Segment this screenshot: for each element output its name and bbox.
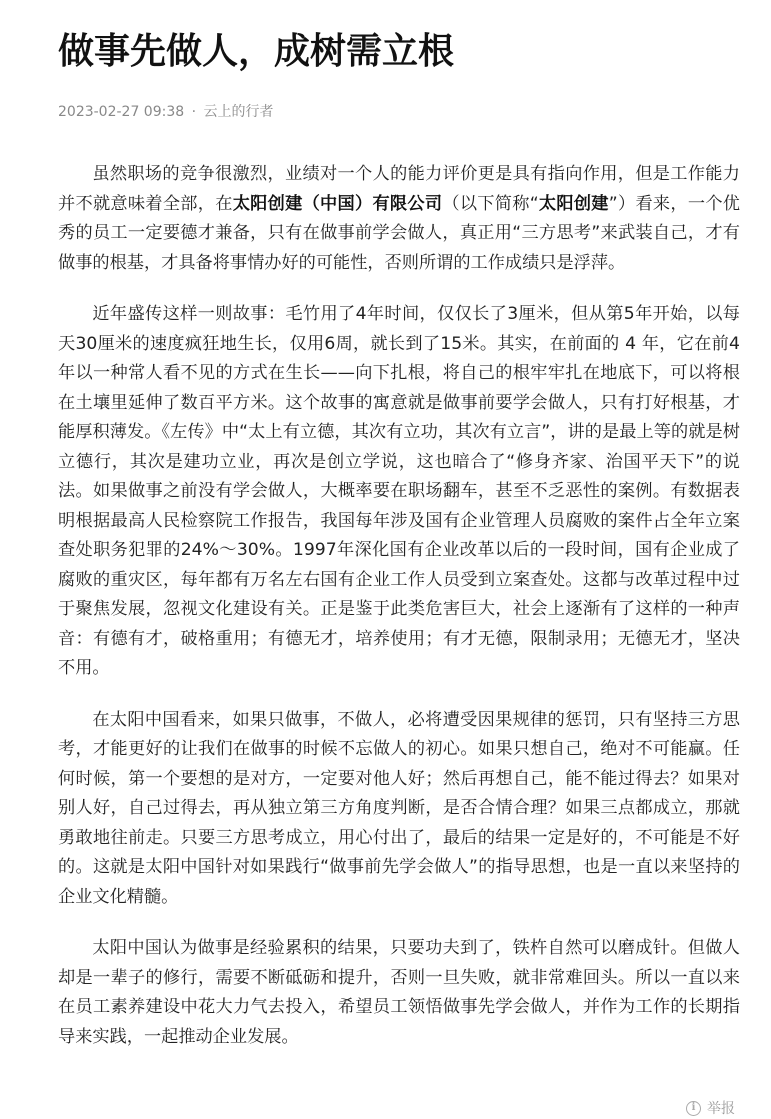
- text-segment: （以下简称“: [442, 194, 538, 214]
- article-body: 虽然职场的竞争很激烈，业绩对一个人的能力评价更是具有指向作用，但是工作能力并不就…: [58, 160, 740, 1052]
- paragraph-4: 太阳中国认为做事是经验累积的结果，只要功夫到了，铁杵自然可以磨成针。但做人却是一…: [58, 934, 740, 1052]
- publish-datetime: 2023-02-27 09:38: [58, 104, 184, 120]
- info-circle-icon: i: [686, 1101, 701, 1116]
- paragraph-3: 在太阳中国看来，如果只做事，不做人，必将遭受因果规律的惩罚，只有坚持三方思考，才…: [58, 706, 740, 913]
- meta-separator: ·: [192, 104, 196, 120]
- report-label: 举报: [707, 1098, 735, 1118]
- article-title: 做事先做人，成树需立根: [58, 0, 740, 76]
- article-meta: 2023-02-27 09:38 · 云上的行者: [58, 102, 740, 122]
- text-segment: 在太阳中国看来，如果只做事，不做人，必将遭受因果规律的惩罚，只有坚持三方思考，才…: [58, 710, 740, 907]
- paragraph-2: 近年盛传这样一则故事：毛竹用了4年时间，仅仅长了3厘米，但从第5年开始，以每天3…: [58, 300, 740, 684]
- author-name[interactable]: 云上的行者: [204, 104, 274, 120]
- text-segment: 太阳中国认为做事是经验累积的结果，只要功夫到了，铁杵自然可以磨成针。但做人却是一…: [58, 938, 740, 1047]
- article: 做事先做人，成树需立根 2023-02-27 09:38 · 云上的行者 虽然职…: [58, 0, 740, 1074]
- text-segment: 近年盛传这样一则故事：毛竹用了4年时间，仅仅长了3厘米，但从第5年开始，以每天3…: [58, 304, 740, 678]
- report-button[interactable]: i 举报: [686, 1098, 735, 1118]
- company-name-bold: 太阳创建（中国）有限公司: [233, 194, 443, 214]
- paragraph-1: 虽然职场的竞争很激烈，业绩对一个人的能力评价更是具有指向作用，但是工作能力并不就…: [58, 160, 740, 278]
- company-short-name-bold: 太阳创建: [539, 194, 609, 214]
